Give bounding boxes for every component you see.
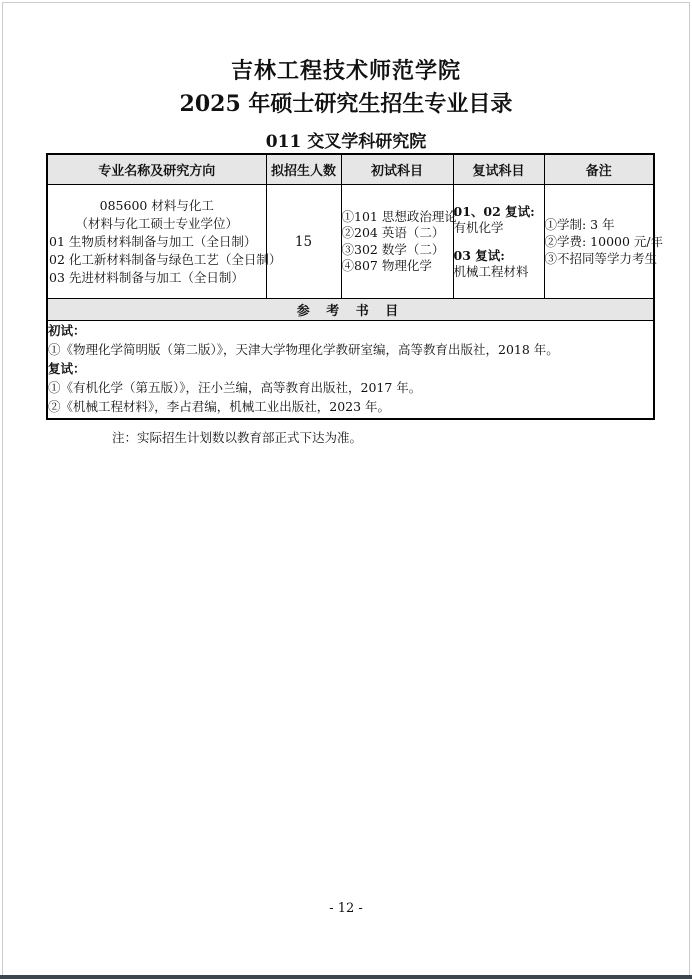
col-header-major: 专业名称及研究方向 [47, 154, 266, 185]
reference-body: 初试： ①《物理化学简明版（第二版）》，天津大学物理化学教研室编，高等教育出版社… [47, 321, 654, 420]
reference-retest-book-2: ②《机械工程材料》，李占君编，机械工业出版社，2023 年。 [48, 397, 653, 416]
program-code: 085600 材料与化工 [48, 197, 266, 215]
page-number: - 12 - [0, 901, 692, 916]
retest-group1-subject: 有机化学 [454, 220, 544, 236]
catalog-title: 2025 年硕士研究生招生专业目录 [0, 87, 692, 118]
col-header-retest: 复试科目 [453, 154, 544, 185]
reference-body-row: 初试： ①《物理化学简明版（第二版）》，天津大学物理化学教研室编，高等教育出版社… [47, 321, 654, 420]
remark-duration: ①学制: 3 年 [545, 216, 654, 233]
retest-group-gap [454, 235, 544, 248]
program-degree: （材料与化工硕士专业学位） [48, 215, 266, 233]
research-direction-3: 03 先进材料制备与加工（全日制） [48, 269, 266, 287]
col-header-enrollment: 拟招生人数 [266, 154, 341, 185]
initial-exam-cell: ①101 思想政治理论 ②204 英语（二） ③302 数学（二） ④807 物… [341, 185, 453, 299]
remark-eligibility: ③不招同等学力考生 [545, 250, 654, 267]
col-header-remarks: 备注 [544, 154, 654, 185]
remark-tuition: ②学费: 10000 元/年 [545, 233, 654, 250]
program-row: 085600 材料与化工 （材料与化工硕士专业学位） 01 生物质材料制备与加工… [47, 185, 654, 299]
retest-group1-label: 01、02 复试: [454, 204, 544, 220]
table-header-row: 专业名称及研究方向 拟招生人数 初试科目 复试科目 备注 [47, 154, 654, 185]
admissions-table: 专业名称及研究方向 拟招生人数 初试科目 复试科目 备注 085600 材料与化… [46, 153, 655, 420]
initial-exam-subject-2: ②204 英语（二） [342, 225, 453, 242]
note-text: 注：实际招生计划数以教育部正式下达为准。 [112, 428, 362, 446]
university-title: 吉林工程技术师范学院 [0, 54, 692, 85]
reference-retest-label: 复试： [48, 359, 653, 378]
initial-exam-subject-4: ④807 物理化学 [342, 258, 453, 275]
major-cell: 085600 材料与化工 （材料与化工硕士专业学位） 01 生物质材料制备与加工… [47, 185, 266, 299]
initial-exam-subject-3: ③302 数学（二） [342, 242, 453, 259]
department-section-title: 011 交叉学科研究院 [0, 127, 692, 152]
document-page: 吉林工程技术师范学院 2025 年硕士研究生招生专业目录 011 交叉学科研究院… [0, 0, 692, 979]
reference-header: 参 考 书 目 [47, 299, 654, 321]
col-header-initial-exam: 初试科目 [341, 154, 453, 185]
research-direction-1: 01 生物质材料制备与加工（全日制） [48, 233, 266, 251]
enrollment-count: 15 [266, 185, 341, 299]
retest-group2-label: 03 复试: [454, 248, 544, 264]
bottom-edge-bar [0, 975, 692, 979]
retest-cell: 01、02 复试: 有机化学 03 复试: 机械工程材料 [453, 185, 544, 299]
initial-exam-subject-1: ①101 思想政治理论 [342, 209, 453, 226]
reference-retest-book-1: ①《有机化学（第五版）》，汪小兰编，高等教育出版社，2017 年。 [48, 378, 653, 397]
reference-initial-label: 初试： [48, 321, 653, 340]
retest-group2-subject: 机械工程材料 [454, 264, 544, 280]
reference-initial-book-1: ①《物理化学简明版（第二版）》，天津大学物理化学教研室编，高等教育出版社，201… [48, 340, 653, 359]
reference-header-row: 参 考 书 目 [47, 299, 654, 321]
remarks-cell: ①学制: 3 年 ②学费: 10000 元/年 ③不招同等学力考生 [544, 185, 654, 299]
research-direction-2: 02 化工新材料制备与绿色工艺（全日制） [48, 251, 266, 269]
